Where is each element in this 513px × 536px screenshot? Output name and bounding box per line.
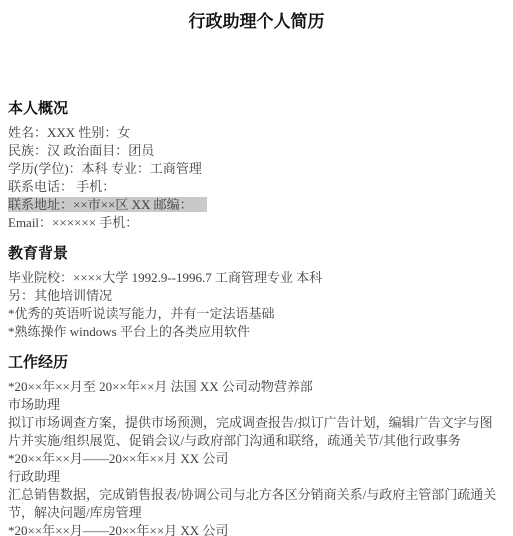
line-text: *20××年××月——20××年××月 XX 公司 <box>8 523 228 536</box>
resume-line: 拟订市场调查方案，提供市场预测，完成调查报告/拟订广告计划，编辑广告文字与图片并… <box>8 414 505 450</box>
line-text: *熟练操作 windows 平台上的各类应用软件 <box>8 324 250 339</box>
resume-section: 工作经历*20××年××月至 20××年××月 法国 XX 公司动物营养部市场助… <box>8 354 505 536</box>
line-text: *20××年××月至 20××年××月 法国 XX 公司动物营养部 <box>8 379 313 394</box>
line-text: 毕业院校：××××大学 1992.9--1996.7 工商管理专业 本科 <box>8 270 322 285</box>
resume-line: 毕业院校：××××大学 1992.9--1996.7 工商管理专业 本科 <box>8 269 505 287</box>
line-text: Email：×××××× 手机： <box>8 215 138 230</box>
resume-section: 教育背景毕业院校：××××大学 1992.9--1996.7 工商管理专业 本科… <box>8 245 505 341</box>
line-text: 行政助理 <box>8 469 60 484</box>
resume-line: Email：×××××× 手机： <box>8 214 505 232</box>
resume-line: *20××年××月——20××年××月 XX 公司 <box>8 522 505 536</box>
resume-line: 市场助理 <box>8 396 505 414</box>
page-title: 行政助理个人简历 <box>8 12 505 32</box>
resume-line: *优秀的英语听说读写能力，并有一定法语基础 <box>8 305 505 323</box>
line-text: 学历(学位)：本科 专业：工商管理 <box>8 161 202 176</box>
resume-line: 汇总销售数据，完成销售报表/协调公司与北方各区分销商关系/与政府主管部门疏通关节… <box>8 486 505 522</box>
resume-document: 行政助理个人简历 本人概况姓名：XXX 性别：女民族：汉 政治面目：团员学历(学… <box>0 0 513 536</box>
highlighted-text: 联系地址：××市××区 XX 邮编： <box>8 197 207 212</box>
section-heading: 本人概况 <box>8 100 505 117</box>
resume-line: *20××年××月至 20××年××月 法国 XX 公司动物营养部 <box>8 378 505 396</box>
line-text: 联系电话： 手机： <box>8 179 115 194</box>
line-text: 汇总销售数据，完成销售报表/协调公司与北方各区分销商关系/与政府主管部门疏通关节… <box>8 487 496 520</box>
section-heading: 教育背景 <box>8 245 505 262</box>
resume-line: 另：其他培训情况 <box>8 287 505 305</box>
line-text: 市场助理 <box>8 397 60 412</box>
line-text: *优秀的英语听说读写能力，并有一定法语基础 <box>8 306 275 321</box>
line-text: 民族：汉 政治面目：团员 <box>8 143 154 158</box>
line-text: 另：其他培训情况 <box>8 288 112 303</box>
resume-line: 姓名：XXX 性别：女 <box>8 124 505 142</box>
section-heading: 工作经历 <box>8 354 505 371</box>
resume-line: *20××年××月——20××年××月 XX 公司 <box>8 450 505 468</box>
resume-line: *熟练操作 windows 平台上的各类应用软件 <box>8 323 505 341</box>
line-text: 拟订市场调查方案，提供市场预测，完成调查报告/拟订广告计划，编辑广告文字与图片并… <box>8 415 493 448</box>
line-text: 姓名：XXX 性别：女 <box>8 125 130 140</box>
resume-line: 联系电话： 手机： <box>8 178 505 196</box>
line-text: *20××年××月——20××年××月 XX 公司 <box>8 451 228 466</box>
resume-line: 联系地址：××市××区 XX 邮编： <box>8 196 505 214</box>
sections-container: 本人概况姓名：XXX 性别：女民族：汉 政治面目：团员学历(学位)：本科 专业：… <box>8 100 505 536</box>
resume-line: 民族：汉 政治面目：团员 <box>8 142 505 160</box>
resume-section: 本人概况姓名：XXX 性别：女民族：汉 政治面目：团员学历(学位)：本科 专业：… <box>8 100 505 232</box>
resume-line: 学历(学位)：本科 专业：工商管理 <box>8 160 505 178</box>
resume-line: 行政助理 <box>8 468 505 486</box>
